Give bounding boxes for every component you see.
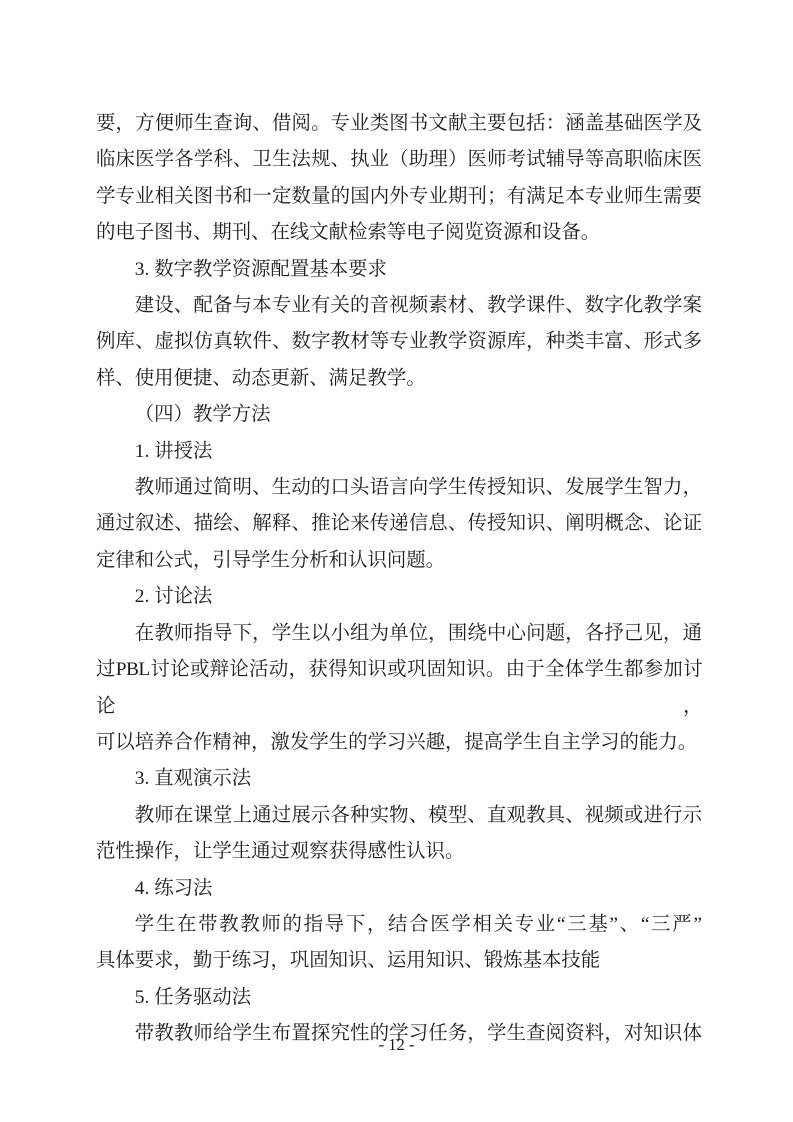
paragraph: 学生在带教教师的指导下，结合医学相关专业“三基”、“三严”具体要求，勤于练习，巩… (96, 907, 702, 980)
text-line: 的电子图书、期刊、在线文献检索等电子阅览资源和设备。 (96, 215, 702, 251)
paragraph: （四）教学方法 (96, 397, 702, 433)
paragraph: 2. 讨论法 (96, 579, 702, 615)
paragraph: 1. 讲授法 (96, 434, 702, 470)
text-line: 5. 任务驱动法 (96, 980, 702, 1016)
text-line: 学生在带教教师的指导下，结合医学相关专业“三基”、“三严” (96, 907, 702, 943)
paragraph: 3. 数字教学资源配置基本要求 (96, 252, 702, 288)
paragraph: 教师在课堂上通过展示各种实物、模型、直观教具、视频或进行示范性操作，让学生通过观… (96, 798, 702, 871)
text-line: 3. 直观演示法 (96, 761, 702, 797)
text-line: 4. 练习法 (96, 871, 702, 907)
text-line: 建设、配备与本专业有关的音视频素材、教学课件、数字化教学案 (96, 288, 702, 324)
text-line: 学专业相关图书和一定数量的国内外专业期刊；有满足本专业师生需要 (96, 179, 702, 215)
text-line: 过PBL讨论或辩论活动，获得知识或巩固知识。由于全体学生都参加讨论， (96, 652, 702, 725)
text-line: 教师在课堂上通过展示各种实物、模型、直观教具、视频或进行示 (96, 798, 702, 834)
text-line: 要，方便师生查询、借阅。专业类图书文献主要包括：涵盖基础医学及 (96, 106, 702, 142)
page-number: - 12 - (379, 1035, 415, 1054)
text-line: 例库、虚拟仿真软件、数字教材等专业教学资源库，种类丰富、形式多 (96, 324, 702, 360)
text-line: （四）教学方法 (96, 397, 702, 433)
text-line: 1. 讲授法 (96, 434, 702, 470)
paragraph: 建设、配备与本专业有关的音视频素材、教学课件、数字化教学案例库、虚拟仿真软件、数… (96, 288, 702, 397)
page-footer: - 12 - (0, 1034, 793, 1056)
text-line: 3. 数字教学资源配置基本要求 (96, 252, 702, 288)
text-line: 样、使用便捷、动态更新、满足教学。 (96, 361, 702, 397)
paragraph: 3. 直观演示法 (96, 761, 702, 797)
text-line: 范性操作，让学生通过观察获得感性认识。 (96, 834, 702, 870)
paragraph: 5. 任务驱动法 (96, 980, 702, 1016)
paragraph: 要，方便师生查询、借阅。专业类图书文献主要包括：涵盖基础医学及临床医学各学科、卫… (96, 106, 702, 252)
paragraph: 教师通过简明、生动的口头语言向学生传授知识、发展学生智力，通过叙述、描绘、解释、… (96, 470, 702, 579)
text-line: 临床医学各学科、卫生法规、执业（助理）医师考试辅导等高职临床医 (96, 142, 702, 178)
text-line: 可以培养合作精神，激发学生的学习兴趣，提高学生自主学习的能力。 (96, 725, 702, 761)
paragraph: 4. 练习法 (96, 871, 702, 907)
text-line: 定律和公式，引导学生分析和认识问题。 (96, 543, 702, 579)
document-page: 要，方便师生查询、借阅。专业类图书文献主要包括：涵盖基础医学及临床医学各学科、卫… (0, 0, 793, 1122)
content-area: 要，方便师生查询、借阅。专业类图书文献主要包括：涵盖基础医学及临床医学各学科、卫… (96, 106, 702, 1053)
text-line: 具体要求，勤于练习，巩固知识、运用知识、锻炼基本技能 (96, 943, 702, 979)
text-line: 在教师指导下，学生以小组为单位，围绕中心问题，各抒己见，通 (96, 616, 702, 652)
text-line: 通过叙述、描绘、解释、推论来传递信息、传授知识、阐明概念、论证 (96, 506, 702, 542)
paragraph: 在教师指导下，学生以小组为单位，围绕中心问题，各抒己见，通过PBL讨论或辩论活动… (96, 616, 702, 762)
text-line: 2. 讨论法 (96, 579, 702, 615)
text-line: 教师通过简明、生动的口头语言向学生传授知识、发展学生智力， (96, 470, 702, 506)
